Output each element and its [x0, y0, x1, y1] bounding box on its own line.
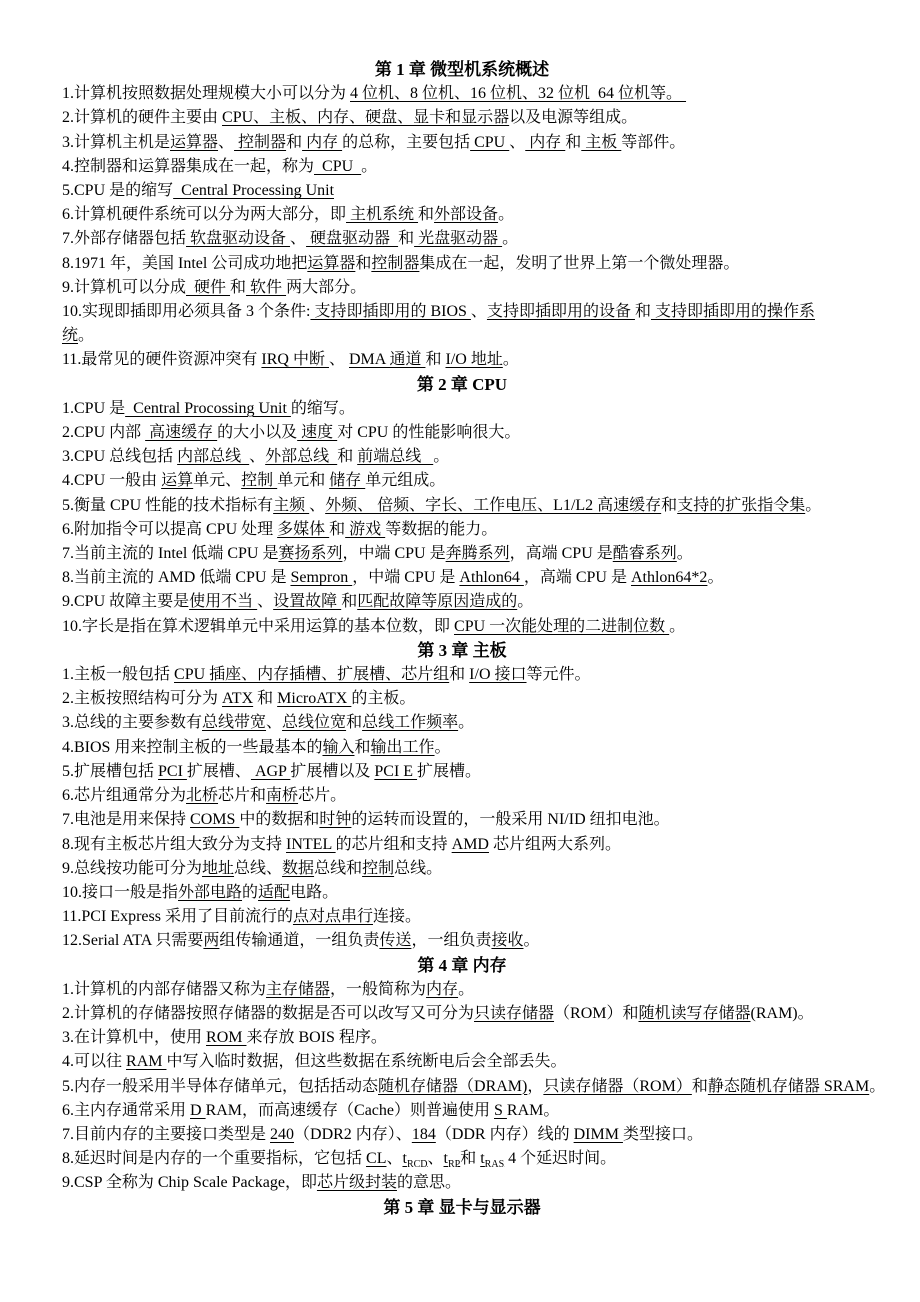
blank-answer: 使用不当: [189, 593, 257, 610]
blank-answer: 外部电路: [178, 884, 242, 901]
blank-answer: 传送: [379, 932, 411, 949]
blank-answer: I/O 接口: [469, 666, 526, 683]
text-segment: 来存放 BOIS 程序。: [246, 1029, 386, 1046]
text-segment: 中的数据和: [239, 811, 319, 828]
list-item: 10.接口一般是指外部电路的适配电路。: [62, 881, 910, 905]
blank-answer: ATX: [222, 690, 253, 707]
text-segment: 芯片。: [298, 787, 346, 804]
list-item: 6.主内存通常采用 D RAM，而高速缓存（Cache）则普遍使用 S RAM。: [62, 1099, 910, 1123]
text-segment: (RAM)。: [751, 1005, 814, 1022]
list-item: 1.主板一般包括 CPU 插座、内存插槽、扩展槽、芯片组和 I/O 接口等元件。: [62, 663, 910, 687]
text-segment: 5.扩展槽包括: [62, 763, 158, 780]
subscript-text: RAS: [485, 1159, 504, 1170]
blank-answer: CPU 一次能处理的二进制位数: [454, 618, 669, 635]
text-segment: 10.实现即插即用必须具备 3 个条件:: [62, 303, 310, 320]
text-segment: 7.外部存储器包括: [62, 230, 186, 247]
subscript-text: RCD: [407, 1159, 428, 1170]
text-segment: 6.芯片组通常分为: [62, 787, 186, 804]
text-segment: 的: [242, 884, 258, 901]
text-segment: 和: [418, 206, 434, 223]
text-segment: 、: [428, 1150, 444, 1167]
document-page: 第 1 章 微型机系统概述1.计算机按照数据处理规模大小可以分为 4 位机、8 …: [0, 0, 920, 1302]
list-item: 1.计算机的内部存储器又称为主存储器，一般简称为内存。: [62, 978, 910, 1002]
text-segment: 12.Serial ATA 只需要: [62, 932, 203, 949]
blank-answer: 支持的扩张指令集: [677, 497, 805, 514]
blank-answer: 软盘驱动设备: [186, 230, 290, 247]
blank-answer: 随机存储器（DRAM): [378, 1078, 527, 1095]
text-segment: 单元、: [193, 472, 241, 489]
blank-answer: S: [494, 1102, 507, 1119]
blank-answer: 控制器: [234, 134, 286, 151]
text-segment: 。: [805, 497, 821, 514]
blank-answer: 芯片级封装: [317, 1174, 397, 1191]
text-segment: 和: [661, 497, 677, 514]
chapter-title: 第 2 章 CPU: [62, 373, 910, 397]
text-segment: 和: [329, 521, 345, 538]
text-segment: 的运转而设置的，一般采用 NI/ID 纽扣电池。: [351, 811, 669, 828]
blank-answer: 匹配故障等原因造成的: [357, 593, 517, 610]
text-segment: 4 个延迟时间。: [504, 1150, 616, 1167]
text-segment: 扩展槽、: [187, 763, 251, 780]
text-segment: 。: [78, 327, 94, 344]
blank-answer: 支持即插即用的设备: [487, 303, 635, 320]
blank-answer: IRQ 中断: [261, 351, 329, 368]
text-segment: 、: [290, 230, 306, 247]
blank-answer: Athlon64*2: [631, 569, 707, 586]
text-segment: 7.电池是用来保持: [62, 811, 190, 828]
chapter-title: 第 3 章 主板: [62, 639, 910, 663]
blank-answer: 240: [270, 1126, 294, 1143]
text-segment: 、: [249, 448, 265, 465]
blank-answer: 主板: [581, 134, 621, 151]
text-segment: 。: [458, 714, 474, 731]
text-segment: 和: [341, 593, 357, 610]
blank-answer: 接收: [491, 932, 523, 949]
blank-answer: ROM: [206, 1029, 246, 1046]
list-item: 7.当前主流的 Intel 低端 CPU 是赛扬系列，中端 CPU 是奔腾系列，…: [62, 542, 910, 566]
list-item: 4.可以往 RAM 中写入临时数据，但这些数据在系统断电后会全部丢失。: [62, 1050, 910, 1074]
text-segment: 和: [565, 134, 581, 151]
text-segment: 。: [677, 545, 693, 562]
blank-answer: 4 位机、8 位机、16 位机、32 位机 64 位机等。: [350, 85, 686, 102]
text-segment: 11.PCI Express 采用了目前流行的: [62, 908, 293, 925]
blank-answer: 静态随机存储器 SRAM: [708, 1078, 869, 1095]
text-segment: 4.可以往: [62, 1053, 126, 1070]
text-segment: 。: [669, 618, 685, 635]
text-segment: 总线、: [234, 860, 282, 877]
list-item: 3.在计算机中，使用 ROM 来存放 BOIS 程序。: [62, 1026, 910, 1050]
text-segment: 8.延迟时间是内存的一个重要指标，它包括: [62, 1150, 366, 1167]
blank-answer: 只读存储器（ROM）: [543, 1078, 691, 1095]
blank-answer: 运算: [161, 472, 193, 489]
text-segment: 芯片组两大系列。: [489, 836, 621, 853]
blank-answer: 外部设备: [434, 206, 498, 223]
text-segment: 9.计算机可以分成: [62, 279, 186, 296]
text-segment: 。: [707, 569, 723, 586]
text-segment: ，高端 CPU 是: [510, 545, 613, 562]
text-segment: 6.计算机硬件系统可以分为两大部分，即: [62, 206, 346, 223]
blank-answer: 内存: [426, 981, 458, 998]
text-segment: 8.1971 年，美国 Intel 公司成功地把: [62, 255, 307, 272]
text-segment: 。: [498, 206, 514, 223]
blank-answer: 前端总线: [357, 448, 433, 465]
text-segment: 2.CPU 内部: [62, 424, 145, 441]
text-segment: 4.控制器和运算器集成在一起，称为: [62, 158, 314, 175]
blank-answer: AGP: [251, 763, 290, 780]
blank-answer: CPU 插座、内存插槽、扩展槽、芯片组: [174, 666, 449, 683]
blank-answer: 184: [412, 1126, 436, 1143]
text-segment: 芯片和: [218, 787, 266, 804]
blank-answer: Central Processing Unit: [173, 182, 334, 199]
text-segment: 总线。: [394, 860, 442, 877]
list-item: 2.计算机的存储器按照存储器的数据是否可以改写又可分为只读存储器（ROM）和随机…: [62, 1002, 910, 1026]
text-segment: 和: [692, 1078, 708, 1095]
blank-answer: 时钟: [319, 811, 351, 828]
blank-answer: 赛扬系列: [278, 545, 342, 562]
blank-answer: 北桥: [186, 787, 218, 804]
blank-answer: D: [190, 1102, 206, 1119]
text-segment: 、: [509, 134, 525, 151]
blank-answer: RAS: [485, 1150, 504, 1167]
text-segment: 的主板。: [351, 690, 415, 707]
text-segment: 对 CPU 的性能影响很大。: [337, 424, 520, 441]
chapter-title: 第 4 章 内存: [62, 954, 910, 978]
list-item: 9.计算机可以分成 硬件 和 软件 两大部分。: [62, 276, 910, 300]
text-segment: 连接。: [373, 908, 421, 925]
blank-answer: 酷睿系列: [613, 545, 677, 562]
chapter-title: 第 1 章 微型机系统概述: [62, 58, 910, 82]
text-segment: 和: [398, 230, 414, 247]
list-item: 5.内存一般采用半导体存储单元，包括括动态随机存储器（DRAM)，只读存储器（R…: [62, 1075, 910, 1099]
list-item: 4.控制器和运算器集成在一起，称为 CPU 。: [62, 155, 910, 179]
blank-answer: 数据: [282, 860, 314, 877]
text-segment: 总线和: [314, 860, 362, 877]
text-segment: 、: [329, 351, 349, 368]
blank-answer: 支持即插即用的 BIOS: [310, 303, 470, 320]
list-item: 4.BIOS 用来控制主板的一些最基本的输入和输出工作。: [62, 736, 910, 760]
text-segment: 10.字长是指在算术逻辑单元中采用运算的基本位数，即: [62, 618, 454, 635]
chapter-title: 第 5 章 显卡与显示器: [62, 1196, 910, 1220]
list-item: 1.计算机按照数据处理规模大小可以分为 4 位机、8 位机、16 位机、32 位…: [62, 82, 910, 106]
blank-answer: Athlon64: [459, 569, 523, 586]
text-segment: 和: [337, 448, 357, 465]
text-segment: 电路。: [290, 884, 338, 901]
blank-answer: RP: [448, 1150, 460, 1167]
text-segment: 4.BIOS 用来控制主板的一些最基本的: [62, 739, 322, 756]
blank-answer: I/O 地址: [445, 351, 502, 368]
text-segment: ，高端 CPU 是: [524, 569, 631, 586]
list-item: 12.Serial ATA 只需要两组传输通道，一组负责传送，一组负责接收。: [62, 929, 910, 953]
blank-answer: 多媒体: [277, 521, 329, 538]
list-item: 10.字长是指在算术逻辑单元中采用运算的基本位数，即 CPU 一次能处理的二进制…: [62, 615, 910, 639]
blank-answer: 外频、 倍频、字长、工作电压、L1/L2 高速缓存: [325, 497, 661, 514]
text-segment: （ROM）和: [554, 1005, 638, 1022]
text-segment: 。: [458, 981, 474, 998]
text-segment: ，中端 CPU 是: [342, 545, 445, 562]
text-segment: 6.附加指令可以提高 CPU 处理: [62, 521, 277, 538]
text-segment: 、: [309, 497, 325, 514]
list-item: 9.总线按功能可分为地址总线、数据总线和控制总线。: [62, 857, 910, 881]
blank-answer: 随机读写存储器: [639, 1005, 751, 1022]
blank-answer: 硬件: [186, 279, 230, 296]
blank-answer: MicroATX: [277, 690, 351, 707]
blank-answer: CPU: [470, 134, 509, 151]
blank-answer: DIMM: [574, 1126, 623, 1143]
text-segment: 。: [523, 932, 539, 949]
text-segment: ，: [527, 1078, 543, 1095]
text-segment: 扩展槽。: [417, 763, 481, 780]
blank-answer: CPU: [314, 158, 361, 175]
text-segment: 1.CPU 是: [62, 400, 125, 417]
text-segment: 等元件。: [527, 666, 591, 683]
text-segment: 和: [635, 303, 651, 320]
blank-answer: 设置故障: [273, 593, 341, 610]
list-item: 7.电池是用来保持 COMS 中的数据和时钟的运转而设置的，一般采用 NI/ID…: [62, 808, 910, 832]
blank-answer: PCI: [158, 763, 187, 780]
blank-answer: CPU、主板、内存、硬盘、显卡和显示器: [222, 109, 509, 126]
blank-answer: PCI E: [374, 763, 417, 780]
list-item: 8.现有主板芯片组大致分为支持 INTEL 的芯片组和支持 AMD 芯片组两大系…: [62, 833, 910, 857]
text-segment: 3.CPU 总线包括: [62, 448, 177, 465]
text-segment: 7.目前内存的主要接口类型是: [62, 1126, 270, 1143]
text-segment: 以及电源等组成。: [509, 109, 637, 126]
text-segment: 。: [869, 1078, 885, 1095]
text-segment: 、: [266, 714, 282, 731]
text-segment: 4.CPU 一般由: [62, 472, 161, 489]
text-segment: 。: [433, 448, 449, 465]
text-segment: 单元和: [277, 472, 329, 489]
text-segment: 10.接口一般是指: [62, 884, 178, 901]
text-segment: 单元组成。: [365, 472, 445, 489]
document-body: 第 1 章 微型机系统概述1.计算机按照数据处理规模大小可以分为 4 位机、8 …: [62, 58, 910, 1220]
blank-answer: 主机系统: [346, 206, 418, 223]
text-segment: 两大部分。: [286, 279, 366, 296]
list-item: 2.CPU 内部 高速缓存 的大小以及 速度 对 CPU 的性能影响很大。: [62, 421, 910, 445]
list-item: 8.延迟时间是内存的一个重要指标，它包括 CL、tRCD、tRP和 tRAS 4…: [62, 1147, 910, 1171]
blank-answer: 只读存储器: [474, 1005, 554, 1022]
text-segment: ，一组负责: [411, 932, 491, 949]
text-segment: 3.总线的主要参数有: [62, 714, 202, 731]
text-segment: 和: [354, 739, 370, 756]
text-segment: ，一般简称为: [330, 981, 426, 998]
blank-answer: 主频: [273, 497, 309, 514]
text-segment: 2.计算机的存储器按照存储器的数据是否可以改写又可分为: [62, 1005, 474, 1022]
text-segment: 类型接口。: [623, 1126, 703, 1143]
subscript-text: RP: [448, 1159, 460, 1170]
list-item: 8.当前主流的 AMD 低端 CPU 是 Sempron ，中端 CPU 是 A…: [62, 566, 910, 590]
blank-answer: 内存: [302, 134, 342, 151]
blank-answer: INTEL: [286, 836, 336, 853]
text-segment: 、: [257, 593, 273, 610]
blank-answer: Central Procossing Unit: [125, 400, 291, 417]
list-item: 7.外部存储器包括 软盘驱动设备 、 硬盘驱动器 和 光盘驱动器 。: [62, 227, 910, 251]
text-segment: 的意思。: [397, 1174, 461, 1191]
text-segment: 9.CSP 全称为 Chip Scale Package，即: [62, 1174, 317, 1191]
blank-answer: 统: [62, 327, 78, 344]
blank-answer: 南桥: [266, 787, 298, 804]
blank-answer: 游戏: [345, 521, 385, 538]
text-segment: 2.计算机的硬件主要由: [62, 109, 222, 126]
text-segment: 、: [218, 134, 234, 151]
blank-answer: 内部总线: [177, 448, 249, 465]
blank-answer: 主存储器: [266, 981, 330, 998]
text-segment: 组传输通道，一组负责: [219, 932, 379, 949]
list-item: 9.CPU 故障主要是使用不当 、设置故障 和匹配故障等原因造成的。: [62, 590, 910, 614]
text-segment: RAM。: [507, 1102, 559, 1119]
text-segment: 3.在计算机中，使用: [62, 1029, 206, 1046]
text-segment: 和: [460, 1150, 480, 1167]
list-item: 5.扩展槽包括 PCI 扩展槽、 AGP 扩展槽以及 PCI E 扩展槽。: [62, 760, 910, 784]
list-item: 3.总线的主要参数有总线带宽、总线位宽和总线工作频率。: [62, 711, 910, 735]
text-segment: 。: [502, 230, 518, 247]
list-item: 5.衡量 CPU 性能的技术指标有主频 、外频、 倍频、字长、工作电压、L1/L…: [62, 494, 910, 518]
blank-answer: 控制: [362, 860, 394, 877]
blank-answer: 高速缓存: [145, 424, 217, 441]
blank-answer: 输出工作: [371, 739, 435, 756]
list-item: 9.CSP 全称为 Chip Scale Package，即芯片级封装的意思。: [62, 1171, 910, 1195]
text-segment: 的缩写。: [291, 400, 355, 417]
blank-answer: 地址: [202, 860, 234, 877]
blank-answer: COMS: [190, 811, 239, 828]
text-segment: 的大小以及: [217, 424, 297, 441]
text-segment: 8.当前主流的 AMD 低端 CPU 是: [62, 569, 290, 586]
blank-answer: 运算器: [307, 255, 355, 272]
blank-answer: 支持即插即用的操作系: [651, 303, 815, 320]
text-segment: （DDR 内存）线的: [436, 1126, 574, 1143]
text-segment: 5.内存一般采用半导体存储单元，包括括动态: [62, 1078, 378, 1095]
text-segment: 9.总线按功能可分为: [62, 860, 202, 877]
blank-answer: 光盘驱动器: [414, 230, 502, 247]
text-segment: RAM，而高速缓存（Cache）则普遍使用: [206, 1102, 494, 1119]
text-segment: 。: [517, 593, 533, 610]
blank-answer: 点对点串行: [293, 908, 373, 925]
list-item: 2.计算机的硬件主要由 CPU、主板、内存、硬盘、显卡和显示器以及电源等组成。: [62, 106, 910, 130]
blank-answer: 输入: [322, 739, 354, 756]
text-segment: 中写入临时数据，但这些数据在系统断电后会全部丢失。: [166, 1053, 566, 1070]
blank-answer: 总线位宽: [282, 714, 346, 731]
blank-answer: RAM: [126, 1053, 166, 1070]
text-segment: 和: [286, 134, 302, 151]
text-segment: 和: [425, 351, 445, 368]
list-item: 3.计算机主机是运算器、 控制器和 内存 的总称，主要包括 CPU 、 内存 和…: [62, 131, 910, 155]
blank-answer: 外部总线: [265, 448, 337, 465]
text-segment: 和: [253, 690, 277, 707]
text-segment: 。: [503, 351, 519, 368]
text-segment: 2.主板按照结构可分为: [62, 690, 222, 707]
list-item: 8.1971 年，美国 Intel 公司成功地把运算器和控制器集成在一起，发明了…: [62, 252, 910, 276]
text-segment: 5.衡量 CPU 性能的技术指标有: [62, 497, 273, 514]
text-segment: 。: [361, 158, 377, 175]
text-segment: 、: [471, 303, 487, 320]
text-segment: 9.CPU 故障主要是: [62, 593, 189, 610]
blank-answer: 两: [203, 932, 219, 949]
text-segment: 8.现有主板芯片组大致分为支持: [62, 836, 286, 853]
blank-answer: 速度: [297, 424, 337, 441]
blank-answer: 内存: [525, 134, 565, 151]
text-segment: （DDR2 内存）、: [294, 1126, 412, 1143]
text-segment: 、: [386, 1150, 402, 1167]
text-segment: 和: [355, 255, 371, 272]
blank-answer: 控制: [241, 472, 277, 489]
blank-answer: 总线带宽: [202, 714, 266, 731]
list-item: 10.实现即插即用必须具备 3 个条件: 支持即插即用的 BIOS 、支持即插即…: [62, 300, 910, 348]
text-segment: 集成在一起，发明了世界上第一个微处理器。: [419, 255, 739, 272]
text-segment: 扩展槽以及: [290, 763, 374, 780]
text-segment: 的总称，主要包括: [342, 134, 470, 151]
blank-answer: Sempron: [290, 569, 352, 586]
blank-answer: DMA 通道: [349, 351, 425, 368]
list-item: 4.CPU 一般由 运算单元、控制 单元和 储存 单元组成。: [62, 469, 910, 493]
text-segment: 等数据的能力。: [385, 521, 497, 538]
list-item: 11.最常见的硬件资源冲突有 IRQ 中断 、 DMA 通道 和 I/O 地址。: [62, 348, 910, 372]
blank-answer: AMD: [452, 836, 489, 853]
text-segment: 和: [346, 714, 362, 731]
list-item: 5.CPU 是的缩写 Central Processing Unit: [62, 179, 910, 203]
list-item: 1.CPU 是 Central Procossing Unit 的缩写。: [62, 397, 910, 421]
list-item: 6.芯片组通常分为北桥芯片和南桥芯片。: [62, 784, 910, 808]
text-segment: 5.CPU 是的缩写: [62, 182, 173, 199]
text-segment: 的芯片组和支持: [336, 836, 452, 853]
blank-answer: 奔腾系列: [446, 545, 510, 562]
text-segment: 等部件。: [621, 134, 685, 151]
text-segment: 6.主内存通常采用: [62, 1102, 190, 1119]
text-segment: 3.计算机主机是: [62, 134, 170, 151]
blank-answer: 硬盘驱动器: [306, 230, 398, 247]
blank-answer: CL: [366, 1150, 386, 1167]
blank-answer: 适配: [258, 884, 290, 901]
text-segment: 和: [230, 279, 246, 296]
list-item: 11.PCI Express 采用了目前流行的点对点串行连接。: [62, 905, 910, 929]
blank-answer: 总线工作频率: [362, 714, 458, 731]
text-segment: 7.当前主流的 Intel 低端 CPU 是: [62, 545, 278, 562]
list-item: 2.主板按照结构可分为 ATX 和 MicroATX 的主板。: [62, 687, 910, 711]
list-item: 3.CPU 总线包括 内部总线 、外部总线 和 前端总线 。: [62, 445, 910, 469]
blank-answer: 软件: [246, 279, 286, 296]
list-item: 7.目前内存的主要接口类型是 240（DDR2 内存）、184（DDR 内存）线…: [62, 1123, 910, 1147]
text-segment: 。: [435, 739, 451, 756]
text-segment: 和: [449, 666, 469, 683]
blank-answer: 控制器: [371, 255, 419, 272]
text-segment: ，中端 CPU 是: [352, 569, 459, 586]
blank-answer: 储存: [329, 472, 365, 489]
text-segment: 1.计算机的内部存储器又称为: [62, 981, 266, 998]
blank-answer: 运算器: [170, 134, 218, 151]
list-item: 6.计算机硬件系统可以分为两大部分，即 主机系统 和外部设备。: [62, 203, 910, 227]
text-segment: 1.计算机按照数据处理规模大小可以分为: [62, 85, 350, 102]
text-segment: 1.主板一般包括: [62, 666, 174, 683]
list-item: 6.附加指令可以提高 CPU 处理 多媒体 和 游戏 等数据的能力。: [62, 518, 910, 542]
text-segment: 11.最常见的硬件资源冲突有: [62, 351, 261, 368]
blank-answer: RCD: [407, 1150, 428, 1167]
